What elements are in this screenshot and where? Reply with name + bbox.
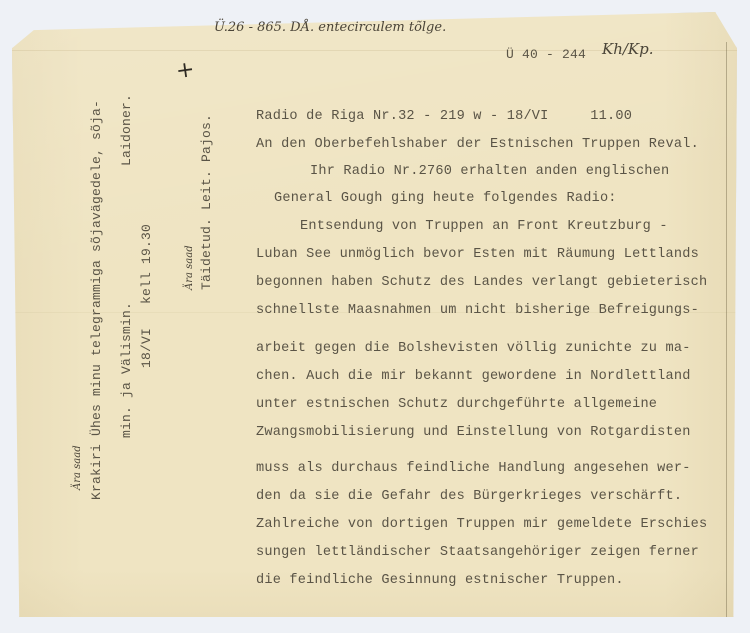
body-line: Ihr Radio Nr.2760 erhalten anden englisc… — [310, 165, 669, 179]
body-line: unter estnischen Schutz durchgeführte al… — [256, 398, 657, 412]
margin-note-line-3: 18/VI kell 19.30 — [140, 224, 153, 368]
body-line: begonnen haben Schutz des Landes verlang… — [256, 276, 707, 290]
typed-reference-number: Ü 40 - 244 — [506, 48, 586, 61]
telegram-header-line: Radio de Riga Nr.32 - 219 w - 18/VI 11.0… — [256, 110, 632, 124]
body-line: muss als durchaus feindliche Handlung an… — [256, 462, 691, 476]
margin-note-line-1: Krakiri Ühes minu telegrammiga sõjaväged… — [90, 100, 103, 500]
paper-fold-edge — [726, 42, 727, 617]
body-line: schnellste Maasnahmen um nicht bisherige… — [256, 304, 699, 318]
body-line: arbeit gegen die Bolshevisten völlig zun… — [256, 342, 691, 356]
body-line: sungen lettländischer Staatsangehöriger … — [256, 546, 699, 560]
body-line: Zwangsmobilisierung und Einstellung von … — [256, 426, 691, 440]
body-line: den da sie die Gefahr des Bürgerkrieges … — [256, 490, 682, 504]
margin-completion-annotation: Ära saad — [184, 245, 195, 290]
handwritten-reference-initials: Kh/Kp. — [602, 40, 654, 58]
body-line: die feindliche Gesinnung estnischer Trup… — [256, 574, 624, 588]
margin-note-handwritten-annotation: Ära saad — [72, 445, 83, 490]
margin-note-line-2: min. ja Välismin. Laidoner. — [120, 94, 133, 438]
body-line: Entsendung von Truppen an Front Kreutzbu… — [300, 220, 668, 234]
telegram-addressee: An den Oberbefehlshaber der Estnischen T… — [256, 138, 699, 152]
margin-completion-line: Täidetud. Leit. Pajos. — [200, 114, 213, 290]
body-line: chen. Auch die mir bekannt gewordene in … — [256, 370, 691, 384]
body-line: General Gough ging heute folgendes Radio… — [274, 192, 617, 206]
body-line: Luban See unmöglich bevor Esten mit Räum… — [256, 248, 699, 262]
cross-mark-icon: + — [174, 57, 196, 84]
body-line: Zahlreiche von dortigen Truppen mir geme… — [256, 518, 707, 532]
handwritten-header-reference: Ü.26 - 865. DÅ. entecirculem tõlge. — [214, 20, 446, 35]
